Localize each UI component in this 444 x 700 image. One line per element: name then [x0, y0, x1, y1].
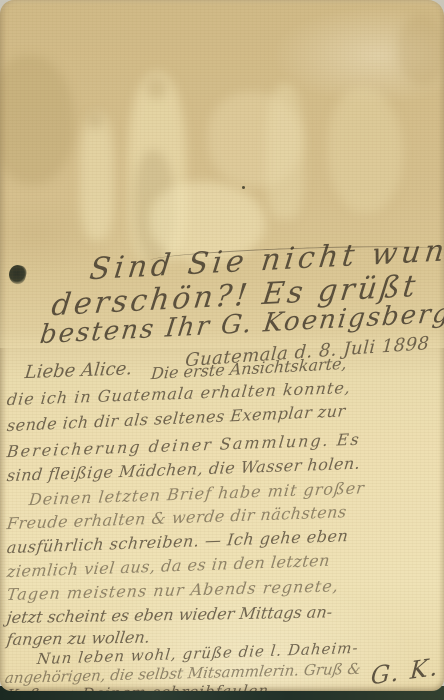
salutation: Liebe Alice. [24, 358, 133, 383]
scanned-postcard: Sind Sie nicht wun- derschön?! Es grüßt … [0, 0, 444, 700]
photo-figure-woman-head [146, 76, 167, 99]
letter-line: jetzt scheint es eben wieder Mittags an- [6, 602, 334, 627]
photo-figure-girl-head [88, 112, 103, 129]
postcard: Sind Sie nicht wun- derschön?! Es grüßt … [0, 0, 444, 691]
photo-figure-right [266, 84, 304, 219]
signature: G. K. [370, 652, 440, 690]
photo-foliage-left [0, 55, 75, 185]
letter-line: Tagen meistens nur Abends regnete, [6, 576, 340, 604]
photo-speck [242, 186, 245, 189]
photo-figures-far-right [328, 88, 403, 213]
photo-edge-right [398, 15, 444, 85]
photo-figure-girl [80, 112, 114, 240]
